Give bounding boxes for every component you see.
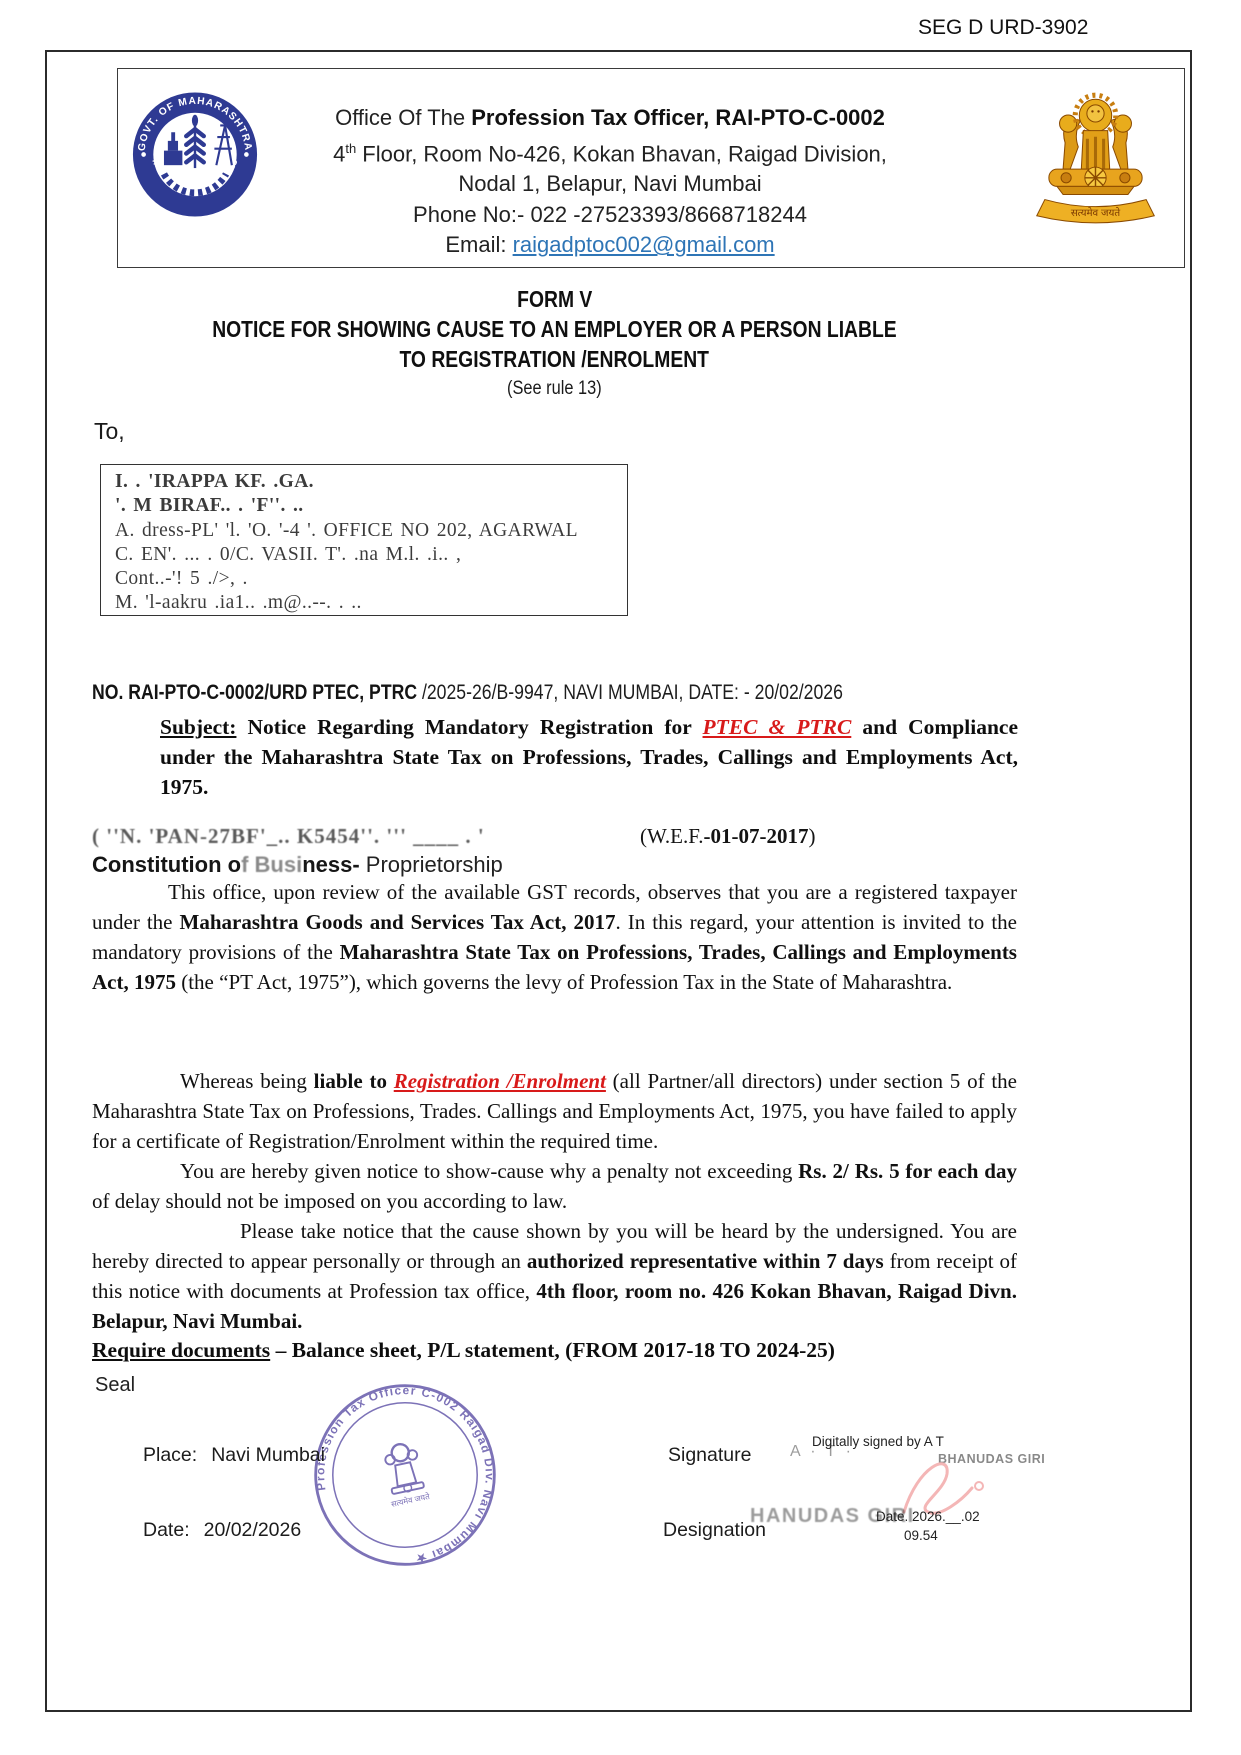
office-phone: Phone No:- 022 -27523393/8668718244 — [280, 200, 940, 231]
subject-label: Subject: — [160, 715, 236, 739]
recipient-line: I. . 'IRAPPA KF. .GA. — [115, 470, 613, 494]
form-title: FORM V — [92, 286, 1017, 313]
digitally-signed-text: Digitally signed by A T — [812, 1434, 944, 1449]
body-paragraph-1: This office, upon review of the availabl… — [92, 877, 1017, 997]
recipient-line: C. EN'. ... . 0/C. VASII. T'. .na M.l. .… — [115, 543, 613, 567]
wef-date: (W.E.F.-01-07-2017) — [640, 824, 815, 849]
stamp-ring-text: Profession Tax Officer C-002 Raigad Div.… — [296, 1366, 514, 1584]
to-label: To, — [94, 418, 125, 445]
corner-reference: SEG D URD-3902 — [918, 16, 1088, 40]
date-value: 20/02/2026 — [204, 1519, 302, 1541]
notice-title-line2: TO REGISTRATION /ENROLMENT — [92, 346, 1017, 373]
signature-label: Signature — [668, 1444, 751, 1467]
gstn-faded-fragment: ( ''N. 'PAN-27BF'_.. K5454''. ''' ____ .… — [92, 824, 485, 848]
recipient-line: A. dress-PL' 'l. 'O. '-4 '. OFFICE NO 20… — [115, 519, 613, 543]
date-label: Date: — [143, 1519, 190, 1541]
date-line: Date:20/02/2026 — [143, 1519, 301, 1542]
digital-signature-time: 09.54 — [904, 1528, 938, 1543]
maharashtra-gst-department-seal-icon: GOVT. OF MAHARASHTRA DEPT. OF GOODS & SE… — [131, 78, 259, 231]
office-address-line1: 4th Floor, Room No-426, Kokan Bhavan, Ra… — [280, 134, 940, 170]
stamp-emblem: सत्यमेव जयते — [379, 1440, 431, 1509]
svg-text:Profession Tax Officer C-002 R: Profession Tax Officer C-002 Raigad Div.… — [296, 1366, 514, 1584]
recipient-line: '. M BIRAF.. . 'F''. .. — [115, 494, 613, 518]
seal-label: Seal — [95, 1374, 135, 1397]
body-paragraphs: Whereas being liable to Registration /En… — [92, 1066, 1017, 1336]
required-documents-line: Require documents – Balance sheet, P/L s… — [92, 1338, 835, 1363]
place-line: Place:Navi Mumbai — [143, 1444, 325, 1467]
place-value: Navi Mumbai — [211, 1444, 325, 1466]
notice-title-line1: NOTICE FOR SHOWING CAUSE TO AN EMPLOYER … — [92, 316, 1017, 343]
office-email-line: Email: raigadptoc002@gmail.com — [280, 230, 940, 261]
emblem-motto-text: सत्यमेव जयते — [1071, 206, 1121, 219]
constitution-line: Constitution of Business- Proprietorship — [92, 852, 503, 878]
recipient-line: M. 'l-aakru .ia1.. .m@..--. . .. — [115, 591, 613, 615]
office-address-line2: Nodal 1, Belapur, Navi Mumbai — [280, 169, 940, 200]
place-label: Place: — [143, 1444, 197, 1466]
required-documents-label: Require documents — [92, 1338, 270, 1362]
reference-number-line: NO. RAI-PTO-C-0002/URD PTEC, PTRC /2025-… — [92, 681, 986, 705]
registration-red-highlight: Registration /Enrolment — [394, 1069, 606, 1093]
digital-signature-date: Date. 2026.__.02 — [876, 1509, 980, 1524]
body-paragraph-3: You are hereby given notice to show-caus… — [92, 1156, 1017, 1216]
office-address-block: Office Of The Profession Tax Officer, RA… — [280, 103, 940, 261]
recipient-address-box: I. . 'IRAPPA KF. .GA. '. M BIRAF.. . 'F'… — [100, 464, 628, 616]
subject-paragraph: Subject: Notice Regarding Mandatory Regi… — [160, 712, 1018, 802]
subject-red-highlight: PTEC & PTRC — [703, 715, 852, 739]
see-rule-line: (See rule 13) — [92, 377, 1017, 400]
body-paragraph-2: Whereas being liable to Registration /En… — [92, 1066, 1017, 1156]
office-round-stamp: Profession Tax Officer C-002 Raigad Div.… — [292, 1362, 517, 1587]
gstn-pan-line: ( ''N. 'PAN-27BF'_.. K5454''. ''' ____ .… — [92, 824, 1017, 849]
recipient-line: Cont..-'! 5 ./>, . — [115, 567, 613, 591]
document-page: SEG D URD-3902 GOVT. OF MAHARASHTRA DEPT… — [0, 0, 1241, 1755]
email-link[interactable]: raigadptoc002@gmail.com — [513, 232, 775, 257]
body-paragraph-4: Please take notice that the cause shown … — [92, 1216, 1017, 1336]
national-emblem-of-india-icon: सत्यमेव जयते — [1028, 80, 1163, 232]
office-line: Office Of The Profession Tax Officer, RA… — [280, 103, 940, 134]
